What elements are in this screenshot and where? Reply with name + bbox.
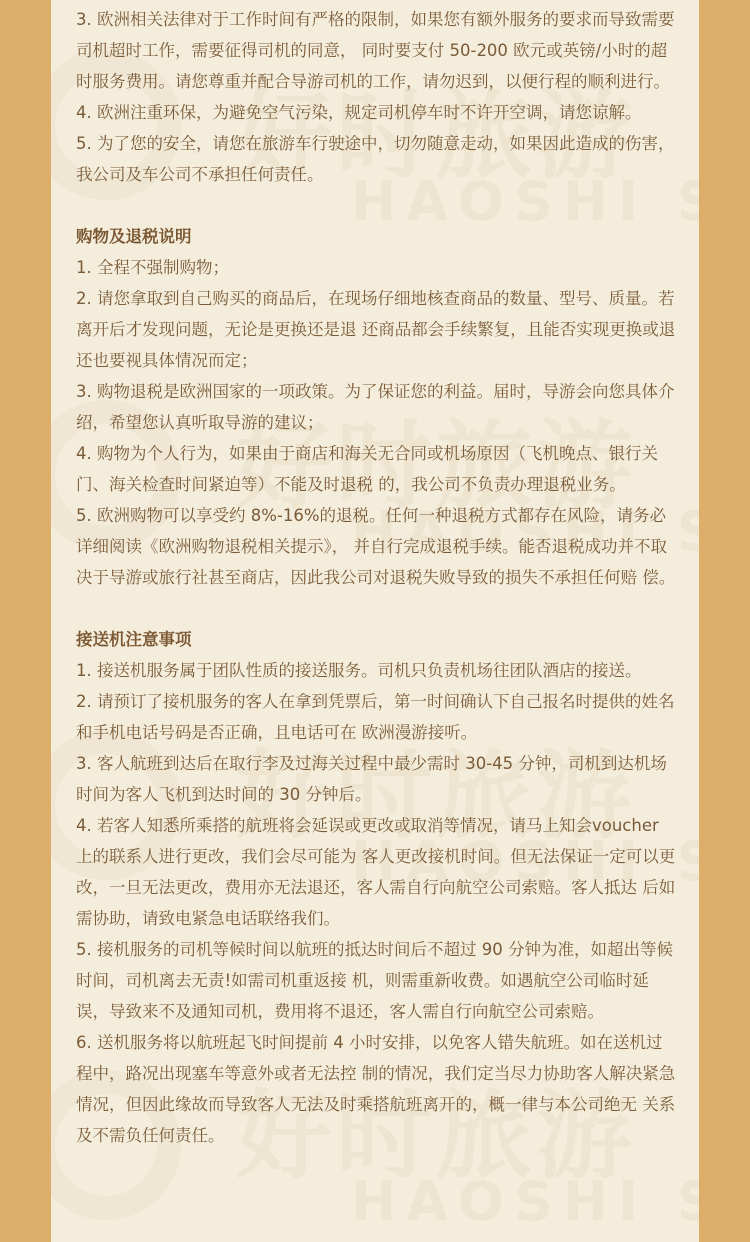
transfer-item-3: 3. 客人航班到达后在取行李及过海关过程中最少需时 30-45 分钟，司机到达机… <box>76 748 676 810</box>
notice-panel: 好时旅游 HAOSHI SL 好时旅游 HAOSHI SL 好时旅游 HAOSH… <box>51 0 699 1242</box>
transfer-item-6: 6. 送机服务将以航班起飞时间提前 4 小时安排，以免客人错失航班。如在送机过程… <box>76 1027 676 1151</box>
driver-item-3: 3. 欧洲相关法律对于工作时间有严格的限制，如果您有额外服务的要求而导致需要司机… <box>76 4 676 97</box>
transfer-section: 接送机注意事项 1. 接送机服务属于团队性质的接送服务。司机只负责机场往团队酒店… <box>76 624 676 1151</box>
shopping-section: 购物及退税说明 1. 全程不强制购物； 2. 请您拿取到自己购买的商品后，在现场… <box>76 221 676 593</box>
shopping-item-1: 1. 全程不强制购物； <box>76 252 676 283</box>
transfer-item-1: 1. 接送机服务属于团队性质的接送服务。司机只负责机场往团队酒店的接送。 <box>76 655 676 686</box>
watermark-en: HAOSHI SL <box>351 1170 699 1233</box>
driver-item-4: 4. 欧洲注重环保，为避免空气污染，规定司机停车时不许开空调，请您谅解。 <box>76 97 676 128</box>
shopping-item-4: 4. 购物为个人行为，如果由于商店和海关无合同或机场原因（飞机晚点、银行关门、海… <box>76 438 676 500</box>
transfer-item-5: 5. 接机服务的司机等候时间以航班的抵达时间后不超过 90 分钟为准，如超出等候… <box>76 934 676 1027</box>
shopping-section-title: 购物及退税说明 <box>76 221 676 252</box>
shopping-item-3: 3. 购物退税是欧洲国家的一项政策。为了保证您的利益。届时，导游会向您具体介绍，… <box>76 376 676 438</box>
transfer-section-title: 接送机注意事项 <box>76 624 676 655</box>
driver-item-5: 5. 为了您的安全，请您在旅游车行驶途中，切勿随意走动，如果因此造成的伤害，我公… <box>76 128 676 190</box>
driver-section: 3. 欧洲相关法律对于工作时间有严格的限制，如果您有额外服务的要求而导致需要司机… <box>76 4 676 190</box>
transfer-item-2: 2. 请预订了接机服务的客人在拿到凭票后，第一时间确认下自己报名时提供的姓名和手… <box>76 686 676 748</box>
shopping-item-5: 5. 欧洲购物可以享受约 8%-16%的退税。任何一种退税方式都存在风险，请务必… <box>76 500 676 593</box>
shopping-item-2: 2. 请您拿取到自己购买的商品后，在现场仔细地核查商品的数量、型号、质量。若离开… <box>76 283 676 376</box>
transfer-item-4: 4. 若客人知悉所乘搭的航班将会延误或更改或取消等情况，请马上知会voucher… <box>76 810 676 934</box>
notice-content: 3. 欧洲相关法律对于工作时间有严格的限制，如果您有额外服务的要求而导致需要司机… <box>76 4 676 1151</box>
